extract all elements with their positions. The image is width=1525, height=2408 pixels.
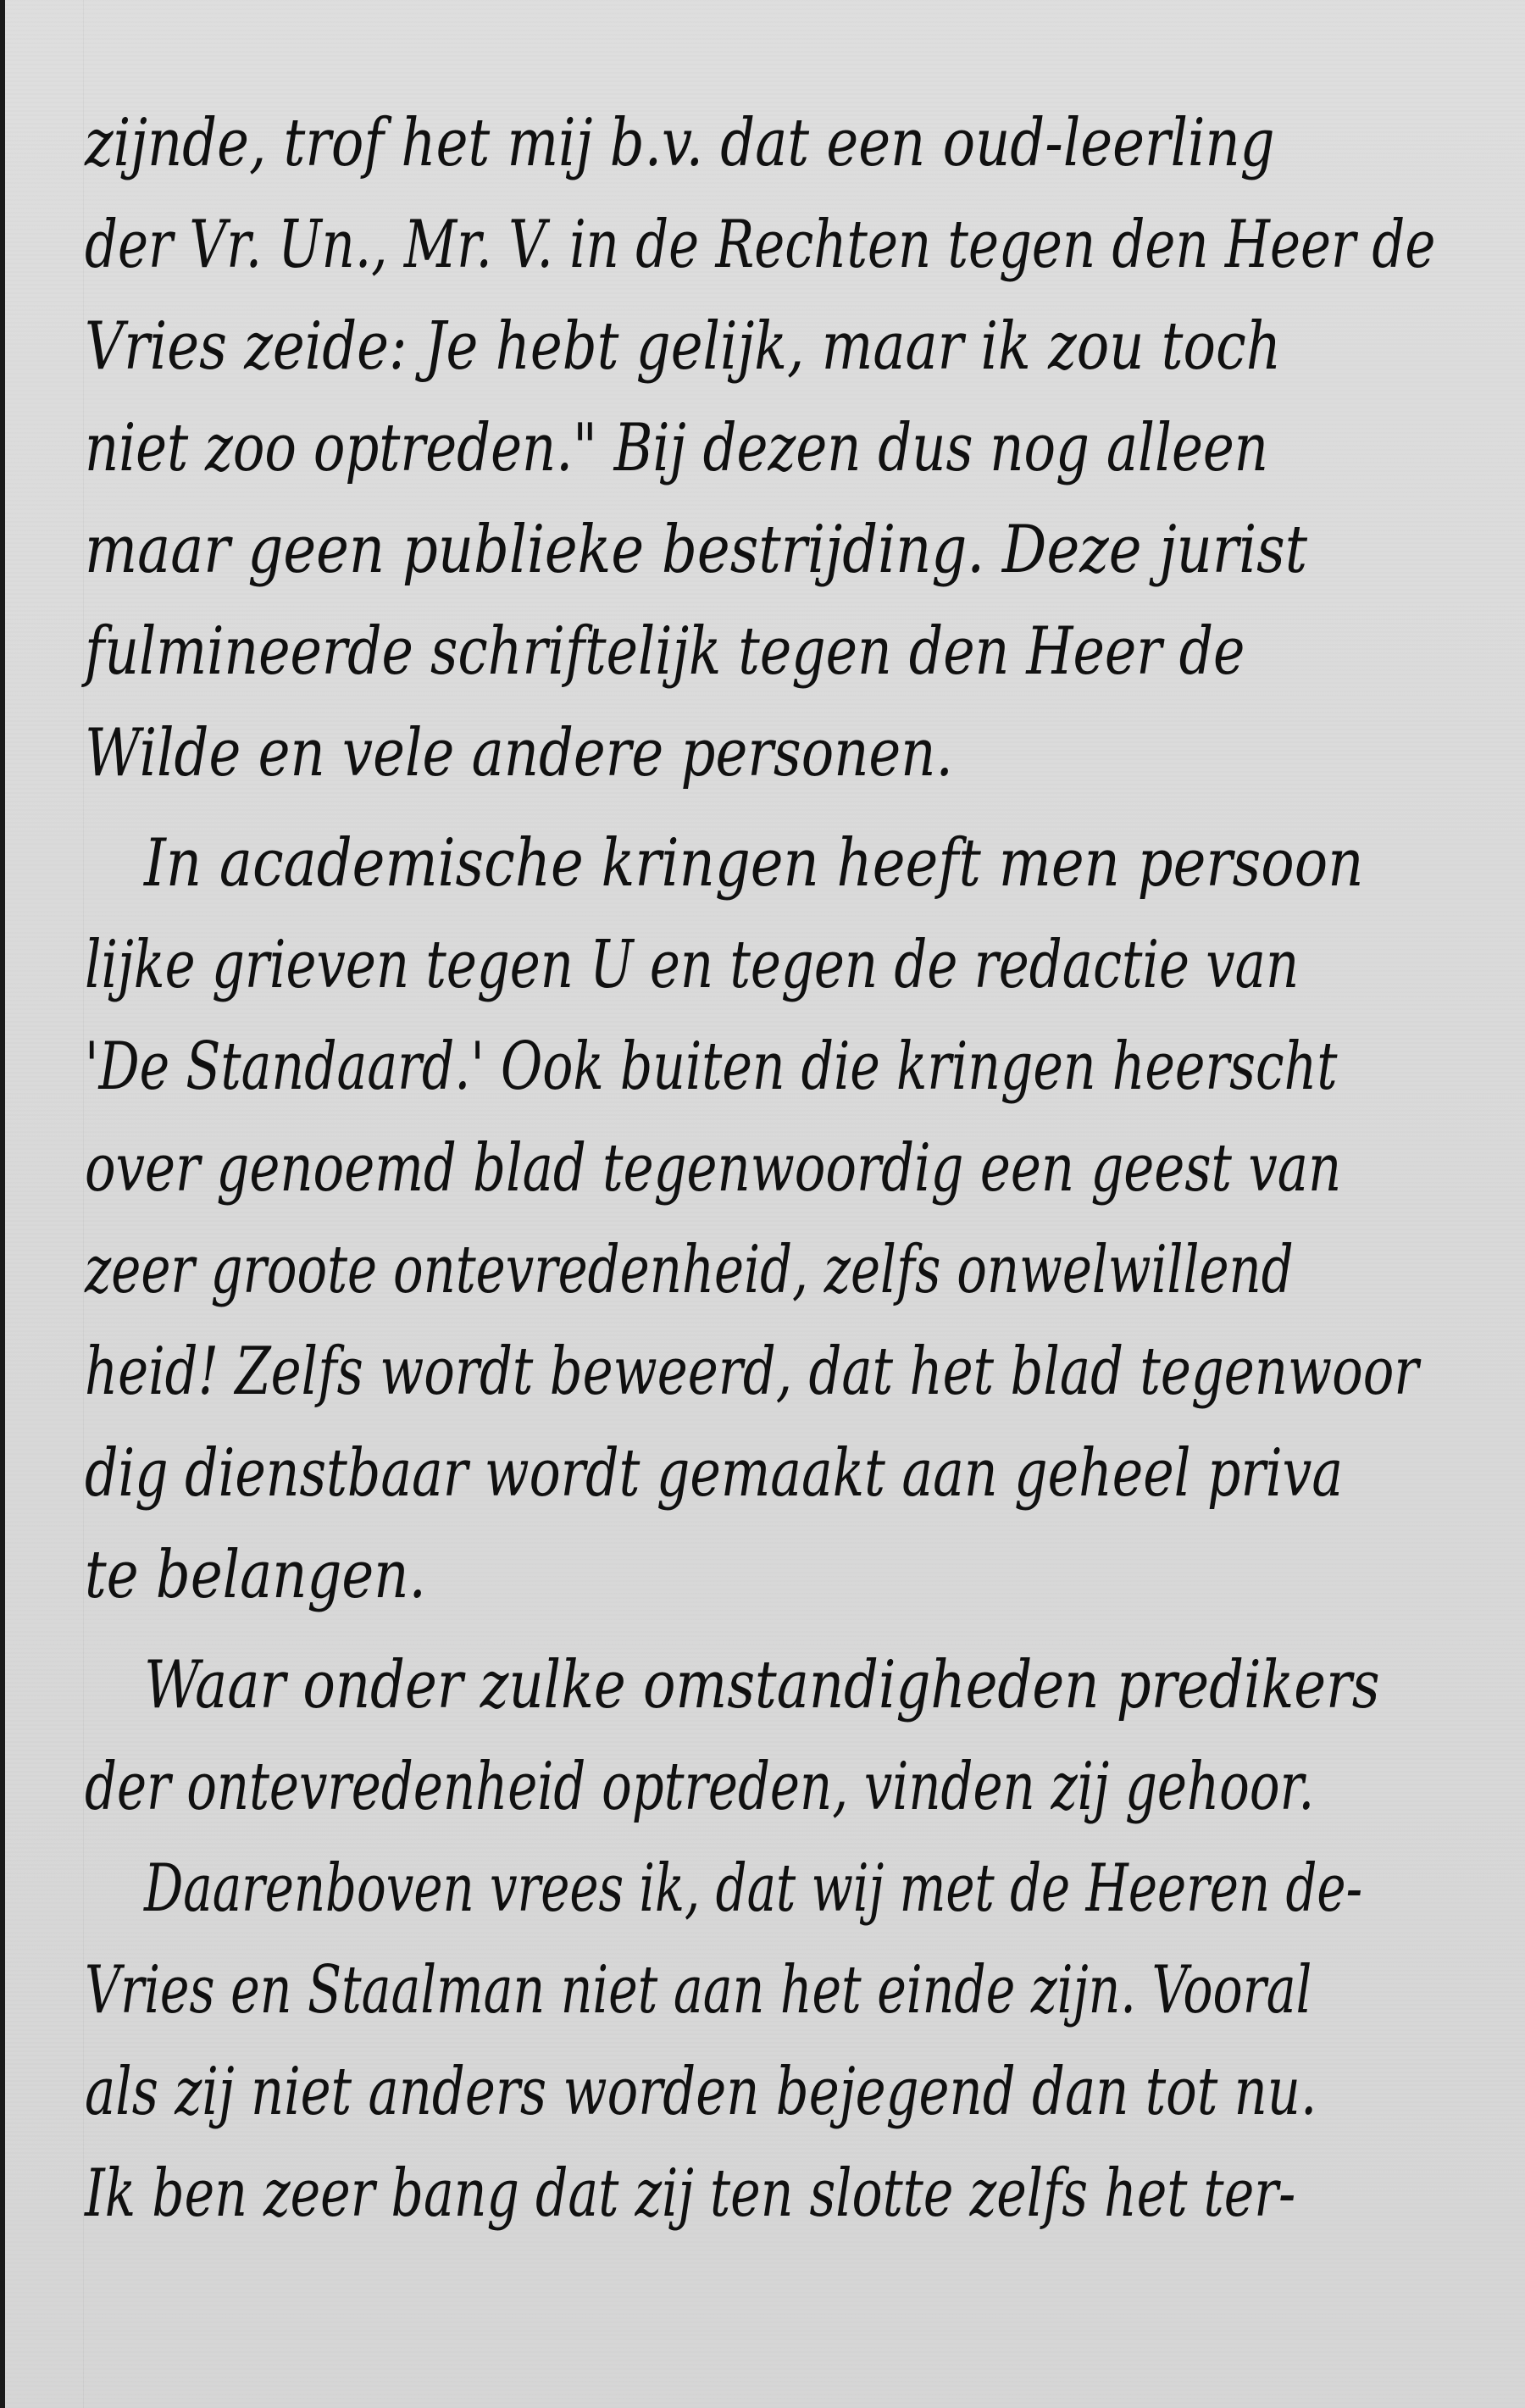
text-line: Vries zeide: Je hebt gelijk, maar ik zou… [85,313,1281,380]
text-line: der ontevredenheid optreden, vinden zij … [85,1754,1314,1820]
text-line: fulmineerde schriftelijk tegen den Heer … [85,619,1245,685]
text-line: lijke grieven tegen U en tegen de redact… [85,932,1299,998]
text-line: dig dienstbaar wordt gemaakt aan geheel … [85,1440,1343,1506]
text-line: te belangen. [85,1542,426,1608]
text-line: over genoemd blad tegenwoordig een geest… [85,1135,1341,1201]
text-line: In academische kringen heeft men persoon [144,830,1363,896]
page-left-edge [0,0,5,2408]
text-line: zijnde, trof het mij b.v. dat een oud-le… [85,110,1275,176]
manuscript-page: zijnde, trof het mij b.v. dat een oud-le… [0,0,1525,2408]
text-line: heid! Zelfs wordt beweerd, dat het blad … [85,1339,1418,1405]
text-line: Daarenboven vrees ik, dat wij met de Hee… [144,1856,1362,1922]
text-line: Ik ben zeer bang dat zij ten slotte zelf… [85,2161,1295,2227]
text-line: zeer groote ontevredenheid, zelfs onwelw… [85,1237,1294,1303]
text-line: Waar onder zulke omstandigheden prediker… [144,1652,1380,1718]
margin-rule [83,0,84,2408]
text-line: niet zoo optreden." Bij dezen dus nog al… [85,415,1268,481]
text-line: 'De Standaard.' Ook buiten die kringen h… [85,1034,1337,1100]
text-line: Wilde en vele andere personen. [85,720,953,786]
text-line: der Vr. Un., Mr. V. in de Rechten tegen … [85,212,1435,278]
text-line: als zij niet anders worden bejegend dan … [85,2059,1317,2125]
text-line: maar geen publieke bestrijding. Deze jur… [85,517,1307,583]
text-line: Vries en Staalman niet aan het einde zij… [85,1957,1311,2023]
